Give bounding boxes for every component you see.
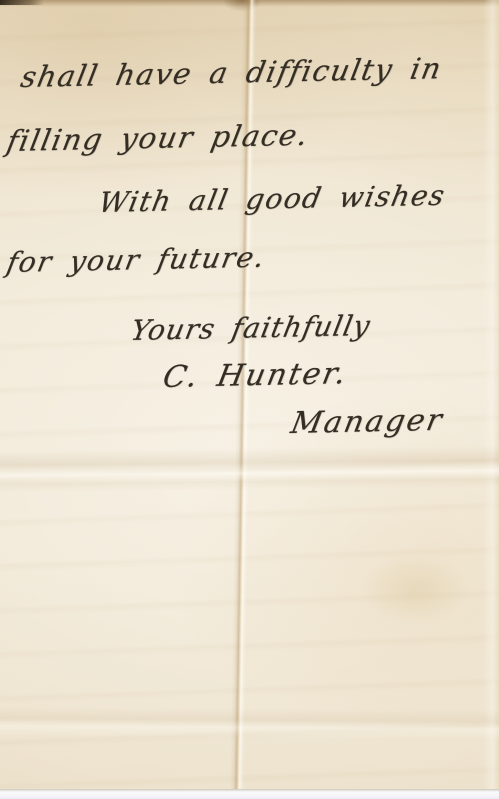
scanned-letter: shall have a difficulty in filling your … (0, 0, 499, 799)
signature-role: Manager (288, 403, 446, 441)
signature-name: C. Hunter. (160, 356, 351, 395)
letter-page: shall have a difficulty in filling your … (0, 0, 499, 790)
top-left-corner-notch (0, 0, 44, 5)
letter-line-4: for your future. (4, 241, 268, 279)
letter-line-2: filling your place. (4, 118, 312, 158)
horizontal-fold-crease (0, 445, 499, 492)
lower-horizontal-crease (0, 706, 499, 739)
paper-stain (360, 555, 470, 625)
paper-right-edge (483, 0, 499, 790)
scanner-bottom-strip (0, 789, 499, 799)
signoff-line: Yours faithfully (128, 309, 373, 347)
